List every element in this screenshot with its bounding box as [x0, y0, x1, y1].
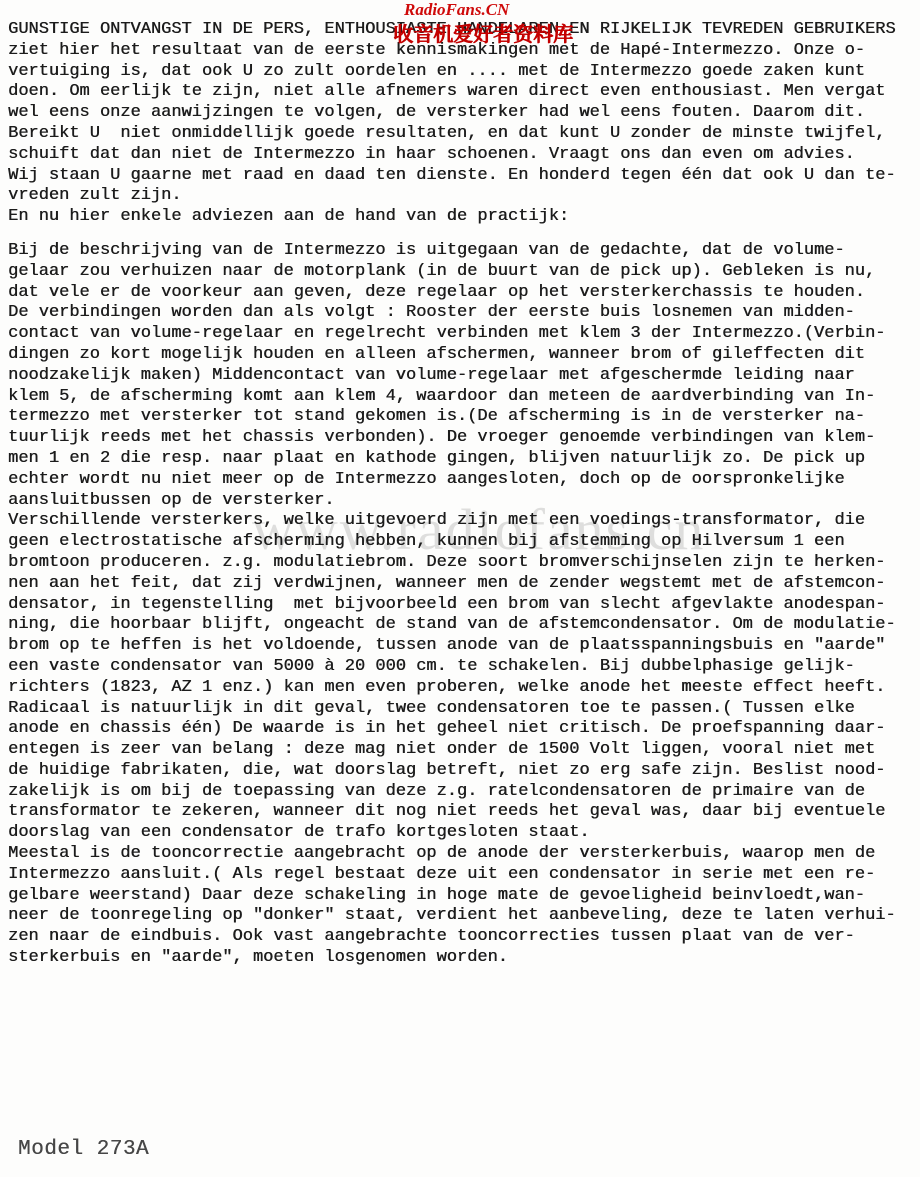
text-line: gelbare weerstand) Daar deze schakeling …: [8, 886, 913, 907]
text-line: schuift dat dan niet de Intermezzo in ha…: [8, 145, 913, 166]
text-line: echter wordt nu niet meer op de Intermez…: [8, 470, 913, 491]
text-line: brom op te heffen is het voldoende, tuss…: [8, 636, 913, 657]
text-line: Bereikt U niet onmiddellijk goede result…: [8, 124, 913, 145]
text-line: entegen is zeer van belang : deze mag ni…: [8, 740, 913, 761]
text-line: men 1 en 2 die resp. naar plaat en katho…: [8, 449, 913, 470]
text-line: dingen zo kort mogelijk houden en alleen…: [8, 345, 913, 366]
text-line: doen. Om eerlijk te zijn, niet alle afne…: [8, 82, 913, 103]
radiofans-site-watermark: RadioFans.CN: [404, 0, 509, 20]
text-line: En nu hier enkele adviezen aan de hand v…: [8, 207, 913, 228]
text-line: vertuiging is, dat ook U zo zult oordele…: [8, 62, 913, 83]
text-line: een vaste condensator van 5000 à 20 000 …: [8, 657, 913, 678]
text-line: vreden zult zijn.: [8, 186, 913, 207]
document-body: GUNSTIGE ONTVANGST IN DE PERS, ENTHOUSIA…: [8, 20, 913, 969]
text-line: Verschillende versterkers, welke uitgevo…: [8, 511, 913, 532]
text-line: anode en chassis één) De waarde is in he…: [8, 719, 913, 740]
text-line: klem 5, de afscherming komt aan klem 4, …: [8, 387, 913, 408]
text-line: geen electrostatische afscherming hebben…: [8, 532, 913, 553]
scanned-document-page: www.radiofans.cn GUNSTIGE ONTVANGST IN D…: [0, 0, 920, 1177]
text-line: sterkerbuis en "aarde", moeten losgenome…: [8, 948, 913, 969]
text-line: Intermezzo aansluit.( Als regel bestaat …: [8, 865, 913, 886]
text-line: Meestal is de tooncorrectie aangebracht …: [8, 844, 913, 865]
text-line: tuurlijk reeds met het chassis verbonden…: [8, 428, 913, 449]
paragraph-practical-advice: Bij de beschrijving van de Intermezzo is…: [8, 241, 913, 969]
text-line: transformator te zekeren, wanneer dit no…: [8, 802, 913, 823]
text-line: wel eens onze aanwijzingen te volgen, de…: [8, 103, 913, 124]
text-line: dat vele er de voorkeur aan geven, deze …: [8, 283, 913, 304]
text-line: de huidige fabrikaten, die, wat doorslag…: [8, 761, 913, 782]
chinese-stamp-overlay: 收音机爱好者资料库: [393, 18, 573, 48]
text-line: Wij staan U gaarne met raad en daad ten …: [8, 166, 913, 187]
text-line: bromtoon produceren. z.g. modulatiebrom.…: [8, 553, 913, 574]
text-line: aansluitbussen op de versterker.: [8, 491, 913, 512]
text-line: zakelijk is om bij de toepassing van dez…: [8, 782, 913, 803]
text-line: doorslag van een condensator de trafo ko…: [8, 823, 913, 844]
paragraph-introduction: GUNSTIGE ONTVANGST IN DE PERS, ENTHOUSIA…: [8, 20, 913, 228]
text-line: Radicaal is natuurlijk in dit geval, twe…: [8, 699, 913, 720]
text-line: densator, in tegenstelling met bijvoorbe…: [8, 595, 913, 616]
text-line: richters (1823, AZ 1 enz.) kan men even …: [8, 678, 913, 699]
text-line: contact van volume-regelaar en regelrech…: [8, 324, 913, 345]
text-line: neer de toonregeling op "donker" staat, …: [8, 906, 913, 927]
text-line: Bij de beschrijving van de Intermezzo is…: [8, 241, 913, 262]
text-line: noodzakelijk maken) Middencontact van vo…: [8, 366, 913, 387]
text-line: nen aan het feit, dat zij verdwijnen, wa…: [8, 574, 913, 595]
text-line: ning, die hoorbaar blijft, ongeacht de s…: [8, 615, 913, 636]
text-line: De verbindingen worden dan als volgt : R…: [8, 303, 913, 324]
text-line: termezzo met versterker tot stand gekome…: [8, 407, 913, 428]
model-number-label: Model 273A: [18, 1138, 149, 1161]
text-line: gelaar zou verhuizen naar de motorplank …: [8, 262, 913, 283]
text-line: zen naar de eindbuis. Ook vast aangebrac…: [8, 927, 913, 948]
